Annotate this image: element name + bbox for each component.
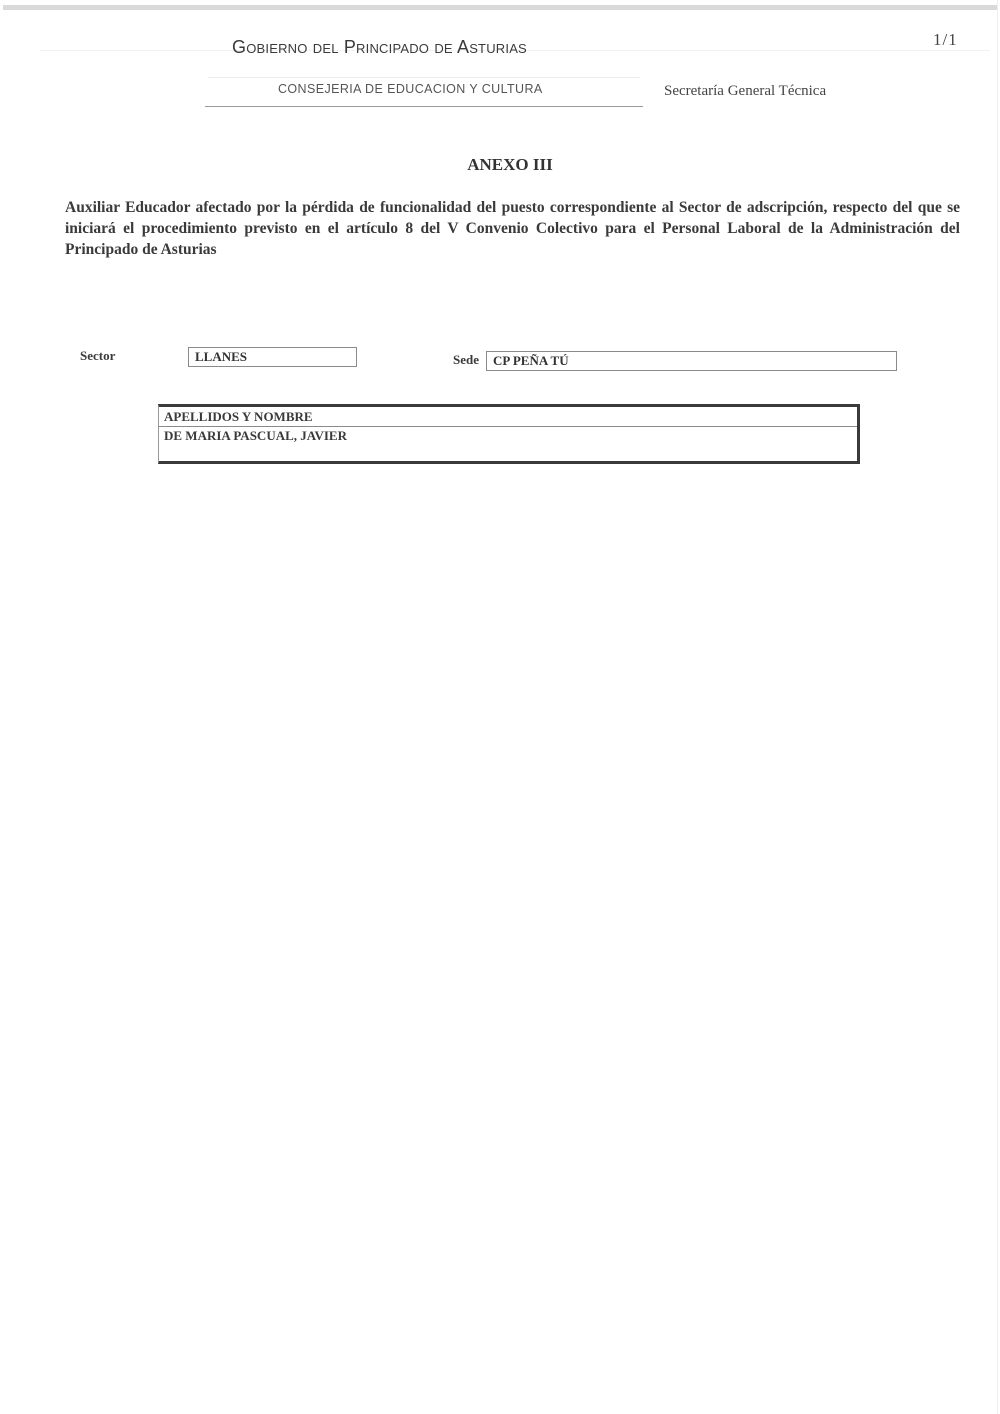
table-column-header: APELLIDOS Y NOMBRE <box>159 407 857 427</box>
government-title: Gobierno del Principado de Asturias <box>232 37 527 58</box>
scan-right-edge <box>997 0 998 1414</box>
sede-label: Sede <box>453 352 479 368</box>
sector-label: Sector <box>80 348 115 364</box>
header-divider <box>205 106 643 107</box>
sector-field: LLANES <box>188 347 357 367</box>
annex-title: ANEXO III <box>0 155 1000 175</box>
table-row: DE MARIA PASCUAL, JAVIER <box>159 427 857 445</box>
page-number: 1/1 <box>933 30 958 50</box>
office-name: Secretaría General Técnica <box>664 83 826 100</box>
department-name: CONSEJERIA DE EDUCACION Y CULTURA <box>278 82 543 96</box>
header-faint-rule-2 <box>208 77 640 78</box>
names-table: APELLIDOS Y NOMBRE DE MARIA PASCUAL, JAV… <box>158 404 860 464</box>
annex-description: Auxiliar Educador afectado por la pérdid… <box>65 197 960 260</box>
sede-field: CP PEÑA TÚ <box>486 351 897 371</box>
scan-edge-band <box>3 5 997 10</box>
